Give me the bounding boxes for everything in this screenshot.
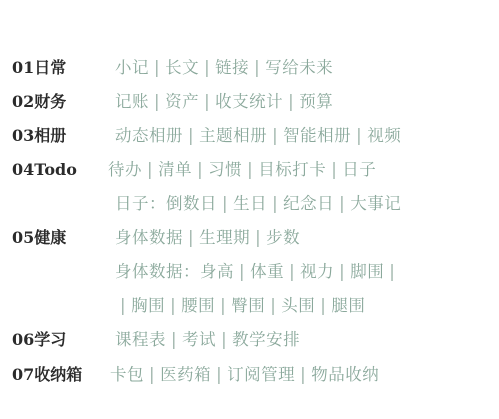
category-links: 课程表|考试|教学安排 <box>115 325 300 355</box>
category-row: |胸围|腰围|臀围|头围|腿围 <box>0 291 499 321</box>
separator: | <box>254 58 260 77</box>
feature-link[interactable]: 物品收纳 <box>311 365 379 384</box>
category-links: 待办|清单|习惯|目标打卡|日子 <box>108 155 376 185</box>
feature-link[interactable]: 小记 <box>115 58 149 77</box>
separator: | <box>154 58 160 77</box>
feature-link[interactable]: 订阅管理 <box>227 365 295 384</box>
separator: | <box>170 296 176 315</box>
separator: | <box>272 194 278 213</box>
separator: | <box>222 194 228 213</box>
feature-link[interactable]: 医药箱 <box>160 365 211 384</box>
feature-link[interactable]: 智能相册 <box>283 126 351 145</box>
separator: | <box>220 296 226 315</box>
category-label: 03相册 <box>12 121 66 151</box>
subcategory-prefix: 身体数据： <box>115 262 200 281</box>
category-row: 04Todo待办|清单|习惯|目标打卡|日子 <box>0 155 499 185</box>
separator: | <box>300 365 306 384</box>
feature-link[interactable]: 日子 <box>342 160 376 179</box>
category-label: 05健康 <box>12 223 66 253</box>
feature-link[interactable]: 头围 <box>281 296 315 315</box>
category-links: 身体数据：身高|体重|视力|脚围| <box>115 257 400 287</box>
feature-link[interactable]: 视力 <box>300 262 334 281</box>
feature-link[interactable]: 清单 <box>158 160 192 179</box>
separator: | <box>339 262 345 281</box>
category-label: 06学习 <box>12 325 66 355</box>
separator: | <box>154 92 160 111</box>
category-label: 01日常 <box>12 53 66 83</box>
feature-link[interactable]: 待办 <box>108 160 142 179</box>
separator: | <box>339 194 345 213</box>
separator: | <box>288 92 294 111</box>
category-label: 04Todo <box>12 155 77 185</box>
feature-link[interactable]: 目标打卡 <box>258 160 326 179</box>
feature-link[interactable]: 倒数日 <box>166 194 217 213</box>
category-links: 小记|长文|链接|写给未来 <box>115 53 333 83</box>
separator: | <box>197 160 203 179</box>
separator: | <box>270 296 276 315</box>
separator: | <box>239 262 245 281</box>
category-label: 07收纳箱 <box>12 360 82 390</box>
category-row: 01日常小记|长文|链接|写给未来 <box>0 53 499 83</box>
separator: | <box>204 92 210 111</box>
separator: | <box>149 365 155 384</box>
feature-link[interactable]: 身高 <box>200 262 234 281</box>
category-links: 身体数据|生理期|步数 <box>115 223 300 253</box>
feature-link[interactable]: 记账 <box>115 92 149 111</box>
category-links: 卡包|医药箱|订阅管理|物品收纳 <box>110 360 379 390</box>
category-links: |胸围|腰围|臀围|头围|腿围 <box>115 291 365 321</box>
separator: | <box>289 262 295 281</box>
feature-link[interactable]: 资产 <box>165 92 199 111</box>
feature-link[interactable]: 课程表 <box>115 330 166 349</box>
category-label: 02财务 <box>12 87 66 117</box>
feature-link[interactable]: 教学安排 <box>232 330 300 349</box>
category-links: 日子：倒数日|生日|纪念日|大事记 <box>115 189 401 219</box>
feature-link[interactable]: 腰围 <box>181 296 215 315</box>
separator: | <box>255 228 261 247</box>
feature-link[interactable]: 卡包 <box>110 365 144 384</box>
category-row: 07收纳箱卡包|医药箱|订阅管理|物品收纳 <box>0 360 499 390</box>
category-row: 日子：倒数日|生日|纪念日|大事记 <box>0 189 499 219</box>
separator: | <box>247 160 253 179</box>
separator: | <box>221 330 227 349</box>
category-row: 身体数据：身高|体重|视力|脚围| <box>0 257 499 287</box>
separator: | <box>356 126 362 145</box>
feature-link[interactable]: 纪念日 <box>283 194 334 213</box>
separator: | <box>188 126 194 145</box>
feature-link[interactable]: 视频 <box>367 126 401 145</box>
feature-link[interactable]: 胸围 <box>131 296 165 315</box>
category-row: 02财务记账|资产|收支统计|预算 <box>0 87 499 117</box>
category-row: 06学习课程表|考试|教学安排 <box>0 325 499 355</box>
separator: | <box>188 228 194 247</box>
separator: | <box>204 58 210 77</box>
separator: | <box>216 365 222 384</box>
feature-link[interactable]: 生日 <box>233 194 267 213</box>
feature-link[interactable]: 体重 <box>250 262 284 281</box>
feature-link[interactable]: 步数 <box>266 228 300 247</box>
category-links: 记账|资产|收支统计|预算 <box>115 87 333 117</box>
feature-link[interactable]: 习惯 <box>208 160 242 179</box>
feature-link[interactable]: 收支统计 <box>215 92 283 111</box>
category-row: 05健康身体数据|生理期|步数 <box>0 223 499 253</box>
category-links: 动态相册|主题相册|智能相册|视频 <box>115 121 401 151</box>
separator: | <box>389 262 395 281</box>
category-row: 03相册动态相册|主题相册|智能相册|视频 <box>0 121 499 151</box>
subcategory-prefix: 日子： <box>115 194 166 213</box>
feature-link[interactable]: 脚围 <box>350 262 384 281</box>
separator: | <box>272 126 278 145</box>
feature-link[interactable]: 大事记 <box>350 194 401 213</box>
feature-link[interactable]: 写给未来 <box>265 58 333 77</box>
feature-link[interactable]: 身体数据 <box>115 228 183 247</box>
feature-link[interactable]: 主题相册 <box>199 126 267 145</box>
feature-link[interactable]: 腿围 <box>331 296 365 315</box>
feature-link[interactable]: 生理期 <box>199 228 250 247</box>
separator: | <box>147 160 153 179</box>
feature-link[interactable]: 链接 <box>215 58 249 77</box>
separator: | <box>171 330 177 349</box>
feature-link[interactable]: 考试 <box>182 330 216 349</box>
feature-link[interactable]: 动态相册 <box>115 126 183 145</box>
separator: | <box>120 296 126 315</box>
feature-link[interactable]: 预算 <box>299 92 333 111</box>
separator: | <box>320 296 326 315</box>
feature-link[interactable]: 长文 <box>165 58 199 77</box>
feature-link[interactable]: 臀围 <box>231 296 265 315</box>
separator: | <box>331 160 337 179</box>
